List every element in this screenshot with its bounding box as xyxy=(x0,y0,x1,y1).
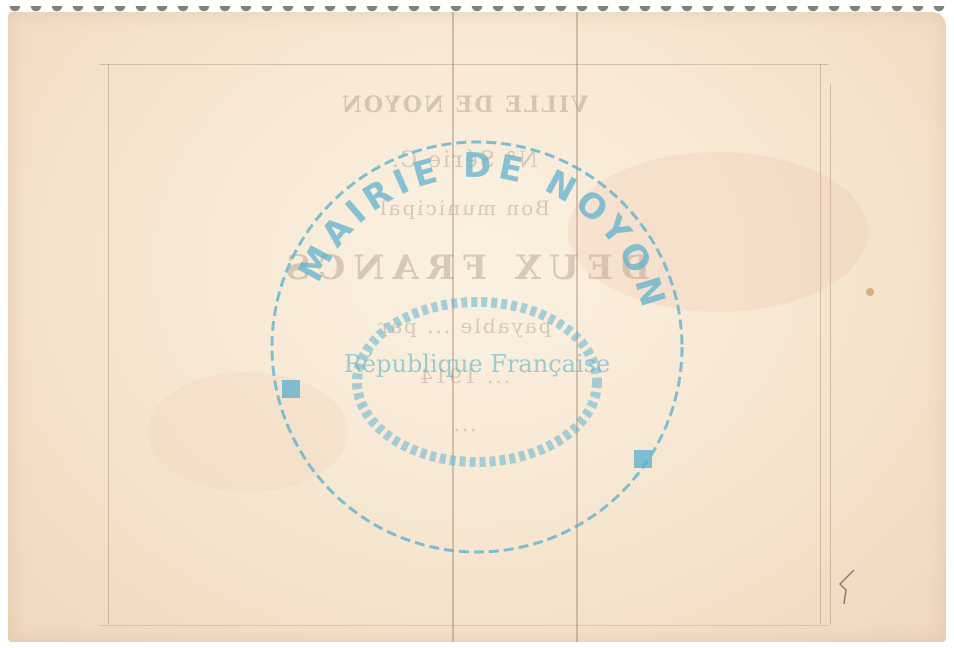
mairie-stamp: MAIRIE DE NOYON République Française xyxy=(262,132,692,562)
show-through-title: VILLE DE NOYON xyxy=(100,92,828,118)
spot xyxy=(866,288,874,296)
svg-text:MAIRIE DE NOYON: MAIRIE DE NOYON xyxy=(291,146,675,317)
stamp-inner-text: République Française xyxy=(344,350,610,378)
perforated-edge xyxy=(8,6,946,18)
paper-tear xyxy=(834,568,864,608)
stamp-outer-text: MAIRIE DE NOYON xyxy=(291,146,675,317)
frame-line-right-inner xyxy=(830,84,831,624)
